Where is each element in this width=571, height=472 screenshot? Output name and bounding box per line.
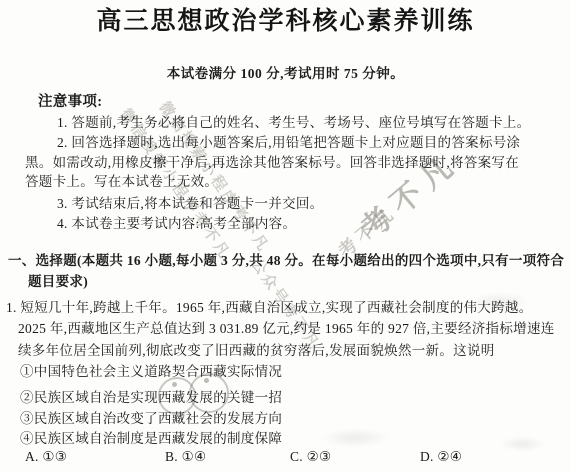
page-title: 高三思想政治学科核心素养训练	[0, 1, 571, 37]
notice-item-2: 2. 回答选择题时,选出每小题答案后,用铅笔把答题卡上对应题目的答案标号涂	[57, 131, 520, 151]
exam-paper-page: 微信搜索小程序考不凡 微信搜索小程序考不凡 考不凡 考不凡 公众号考不凡 高三思…	[0, 0, 571, 472]
exam-meta-line: 本试卷满分 100 分,考试用时 75 分钟。	[0, 62, 571, 82]
question-1-line-1: 1. 短短几十年,跨越上千年。1965 年,西藏自治区成立,实现了西藏社会制度的…	[6, 296, 533, 316]
notice-item-1: 1. 答题前,考生务必将自己的姓名、考生号、考场号、座位号填写在答题卡上。	[57, 111, 530, 131]
notice-heading: 注意事项:	[38, 90, 102, 111]
notice-item-2-cont2: 答题卡上。写在本试卷上无效。	[25, 170, 218, 190]
choice-option-d: D. ②④	[420, 449, 462, 465]
question-1-statement-1: ①中国特色社会主义道路契合西藏实际情况	[20, 360, 282, 380]
question-1-line-3: 续多年位居全国前列,彻底改变了旧西藏的贫穷落后,发展面貌焕然一新。这说明	[18, 339, 495, 359]
question-1-statement-2: ②民族区域自治是实现西藏发展的关键一招	[20, 386, 282, 406]
question-1-line-2: 2025 年,西藏地区生产总值达到 3 031.89 亿元,约是 1965 年的…	[18, 317, 555, 337]
section-heading-cont: 题目要求)	[28, 270, 88, 290]
section-heading: 一、选择题(本题共 16 小题,每小题 3 分,共 48 分。在每小题给出的四个…	[8, 249, 564, 269]
choice-option-c: C. ②③	[290, 449, 331, 465]
question-1-statement-4: ④民族区域自治制度是西藏发展的制度保障	[20, 427, 282, 447]
question-1-statement-3: ③民族区域自治改变了西藏社会的发展方向	[20, 407, 282, 427]
notice-item-2-cont: 黑。如需改动,用橡皮擦干净后,再选涂其他答案标号。回答非选择题时,将答案写在	[25, 151, 519, 171]
notice-item-4: 4. 本试卷主要考试内容:高考全部内容。	[57, 212, 296, 232]
choice-option-b: B. ①④	[165, 449, 206, 465]
notice-item-3: 3. 考试结束后,将本试卷和答题卡一并交回。	[57, 192, 323, 212]
scan-smudge	[320, 428, 390, 448]
scan-smudge	[500, 436, 546, 452]
choice-option-a: A. ①③	[25, 449, 67, 465]
